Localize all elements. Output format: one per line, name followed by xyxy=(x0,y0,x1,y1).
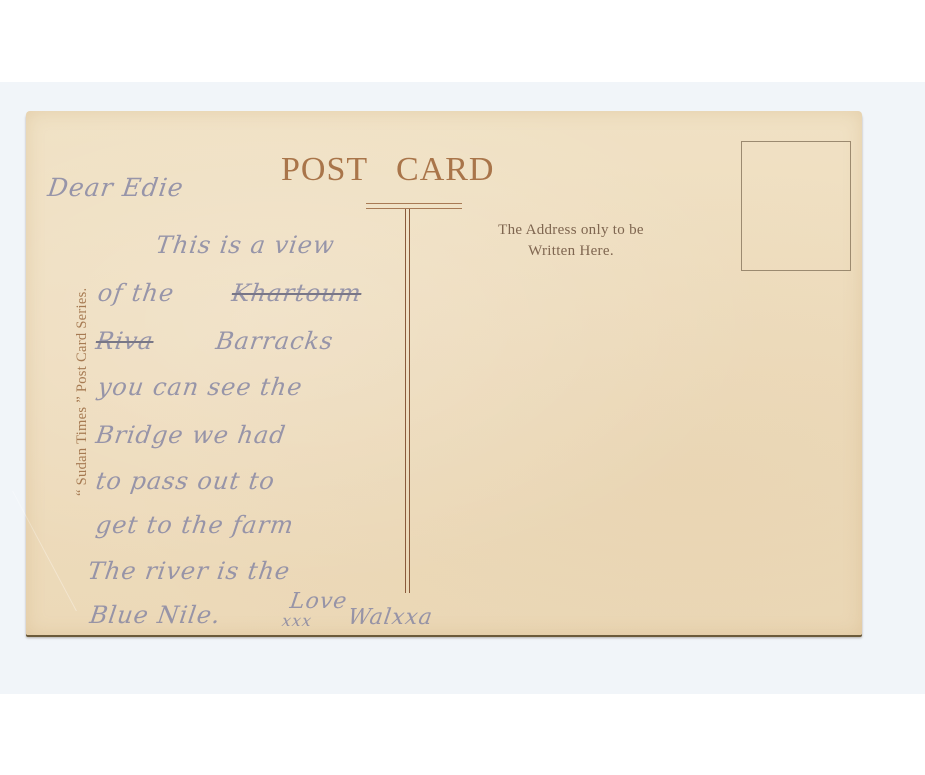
center-divider xyxy=(405,209,410,593)
message-line: Barracks xyxy=(214,327,335,355)
signature: Walxxa xyxy=(346,605,434,630)
message-line: Bridge we had xyxy=(94,421,288,449)
message-line: Blue Nile. xyxy=(88,601,223,629)
postcard-title: POST CARD xyxy=(281,151,581,189)
address-note-line-2: Written Here. xyxy=(446,241,696,262)
message-line-crossed: Khartoum xyxy=(230,279,363,307)
corner-crease xyxy=(12,491,137,611)
address-note: The Address only to be Written Here. xyxy=(446,220,696,262)
message-line: get to the farm xyxy=(94,511,296,539)
message-line: of the xyxy=(96,279,176,307)
stamp-box xyxy=(741,141,851,271)
message-line: This is a view xyxy=(154,231,337,259)
signoff-kisses: xxx xyxy=(281,611,314,630)
message-line: The river is the xyxy=(86,557,292,585)
series-label: “ Sudan Times ” Post Card Series. xyxy=(74,288,91,496)
title-divider xyxy=(366,203,462,209)
postcard-back: POST CARD The Address only to be Written… xyxy=(26,111,862,635)
message-line: Dear Edie xyxy=(46,173,186,202)
address-note-line-1: The Address only to be xyxy=(446,220,696,241)
canvas: POST CARD The Address only to be Written… xyxy=(0,0,925,775)
message-line: to pass out to xyxy=(94,467,277,495)
message-line-crossed: Riva xyxy=(94,327,156,355)
message-line: you can see the xyxy=(96,373,305,401)
